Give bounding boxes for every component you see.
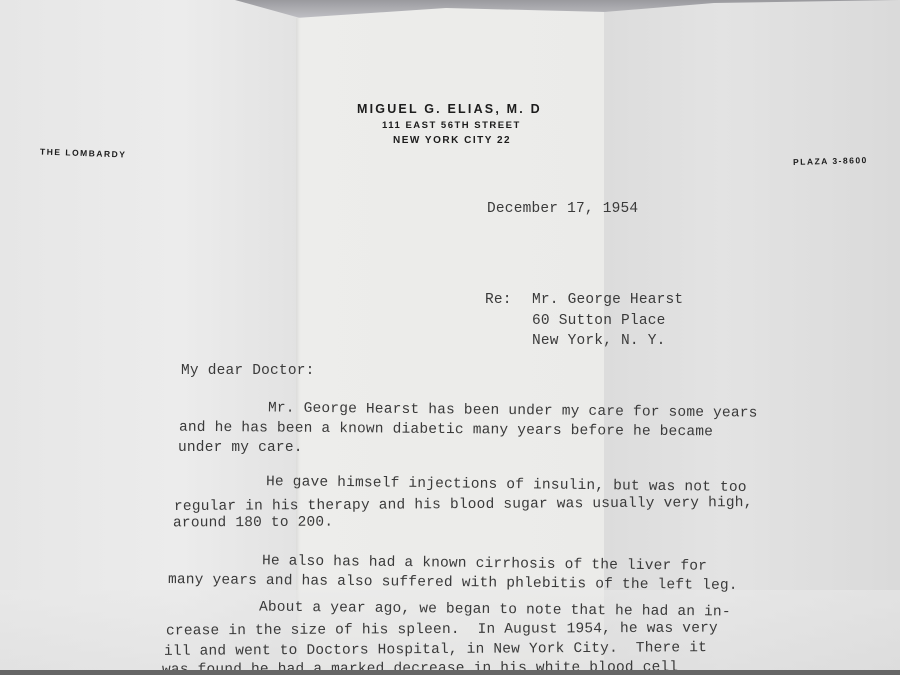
paragraph-line: around 180 to 200. (173, 515, 333, 532)
salutation: My dear Doctor: (181, 363, 315, 379)
letterhead-city: NEW YORK CITY 22 (393, 135, 511, 146)
letterhead-name: MIGUEL G. ELIAS, M. D (357, 102, 542, 116)
paragraph-line: crease in the size of his spleen. In Aug… (166, 621, 718, 640)
address-line: Mr. George Hearst (532, 292, 683, 308)
address-line: 60 Sutton Place (532, 313, 666, 329)
address-line: New York, N. Y. (532, 333, 666, 349)
bottom-edge (0, 670, 900, 675)
letter-date: December 17, 1954 (487, 201, 638, 217)
paragraph-line: under my care. (178, 440, 303, 456)
letterhead-street: 111 EAST 56TH STREET (382, 120, 521, 131)
re-label: Re: (485, 292, 512, 308)
letterhead-phone: PLAZA 3-8600 (793, 155, 868, 167)
letter-photo: MIGUEL G. ELIAS, M. D 111 EAST 56TH STRE… (0, 0, 900, 675)
